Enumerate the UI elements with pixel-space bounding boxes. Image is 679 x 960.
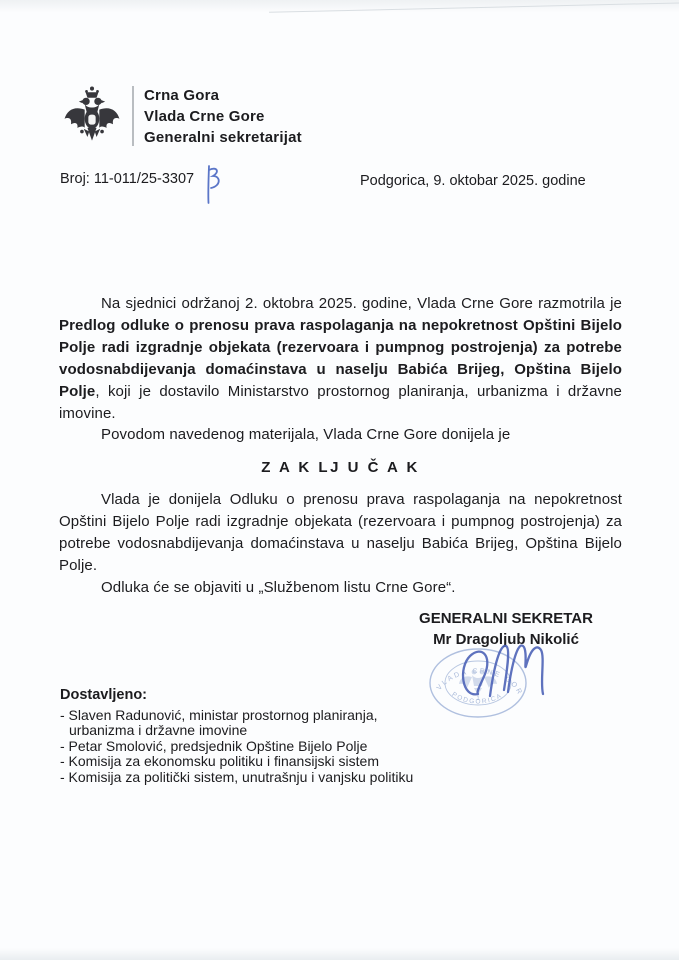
place-and-date: Podgorica, 9. oktobar 2025. godine (360, 173, 586, 189)
paragraph-publication: Odluka će se objaviti u „Službenom listu… (59, 577, 622, 599)
paragraph-intro: Na sjednici održanoj 2. oktobra 2025. go… (59, 293, 622, 424)
distribution-line: urbanizma i državne imovine (60, 723, 413, 739)
montenegro-coat-of-arms-icon (60, 84, 124, 148)
government-name: Vlada Crne Gore (144, 106, 302, 127)
text-run: , koji je dostavilo Ministarstvo prostor… (59, 383, 622, 422)
distribution-line: - Petar Smolović, predsjednik Opštine Bi… (60, 739, 413, 755)
scan-edge-top (0, 0, 679, 14)
distribution-line: - Slaven Radunović, ministar prostornog … (60, 708, 413, 724)
letterhead: Crna Gora Vlada Crne Gore Generalni sekr… (60, 84, 302, 148)
scanned-government-document: Crna Gora Vlada Crne Gore Generalni sekr… (0, 0, 679, 960)
handwritten-signature-icon (448, 632, 563, 712)
document-number: Broj: 11-011/25-3307 (60, 171, 194, 187)
letterhead-text: Crna Gora Vlada Crne Gore Generalni sekr… (144, 85, 302, 148)
conclusion-heading: Z A K LJ U Č A K (59, 457, 622, 479)
handwritten-digit-mark (203, 163, 225, 207)
distribution-line: - Komisija za ekonomsku politiku i finan… (60, 754, 413, 770)
document-body: Na sjednici održanoj 2. oktobra 2025. go… (59, 293, 622, 599)
department-name: Generalni sekretarijat (144, 127, 302, 148)
paragraph-decision: Vlada je donijela Odluku o prenosu prava… (59, 489, 622, 577)
country-name: Crna Gora (144, 85, 302, 106)
distribution-line: - Komisija za politički sistem, unutrašn… (60, 770, 413, 786)
text-run: Na sjednici održanoj 2. oktobra 2025. go… (101, 295, 622, 312)
signatory-title: GENERALNI SEKRETAR (390, 608, 622, 629)
distribution-list: - Slaven Radunović, ministar prostornog … (60, 708, 413, 786)
letterhead-divider (132, 86, 134, 146)
paragraph-povodom: Povodom navedenog materijala, Vlada Crne… (59, 424, 622, 446)
distribution-section: Dostavljeno: - Slaven Radunović, minista… (60, 688, 413, 786)
distribution-label: Dostavljeno: (60, 688, 413, 704)
scan-edge-bottom (0, 946, 679, 960)
